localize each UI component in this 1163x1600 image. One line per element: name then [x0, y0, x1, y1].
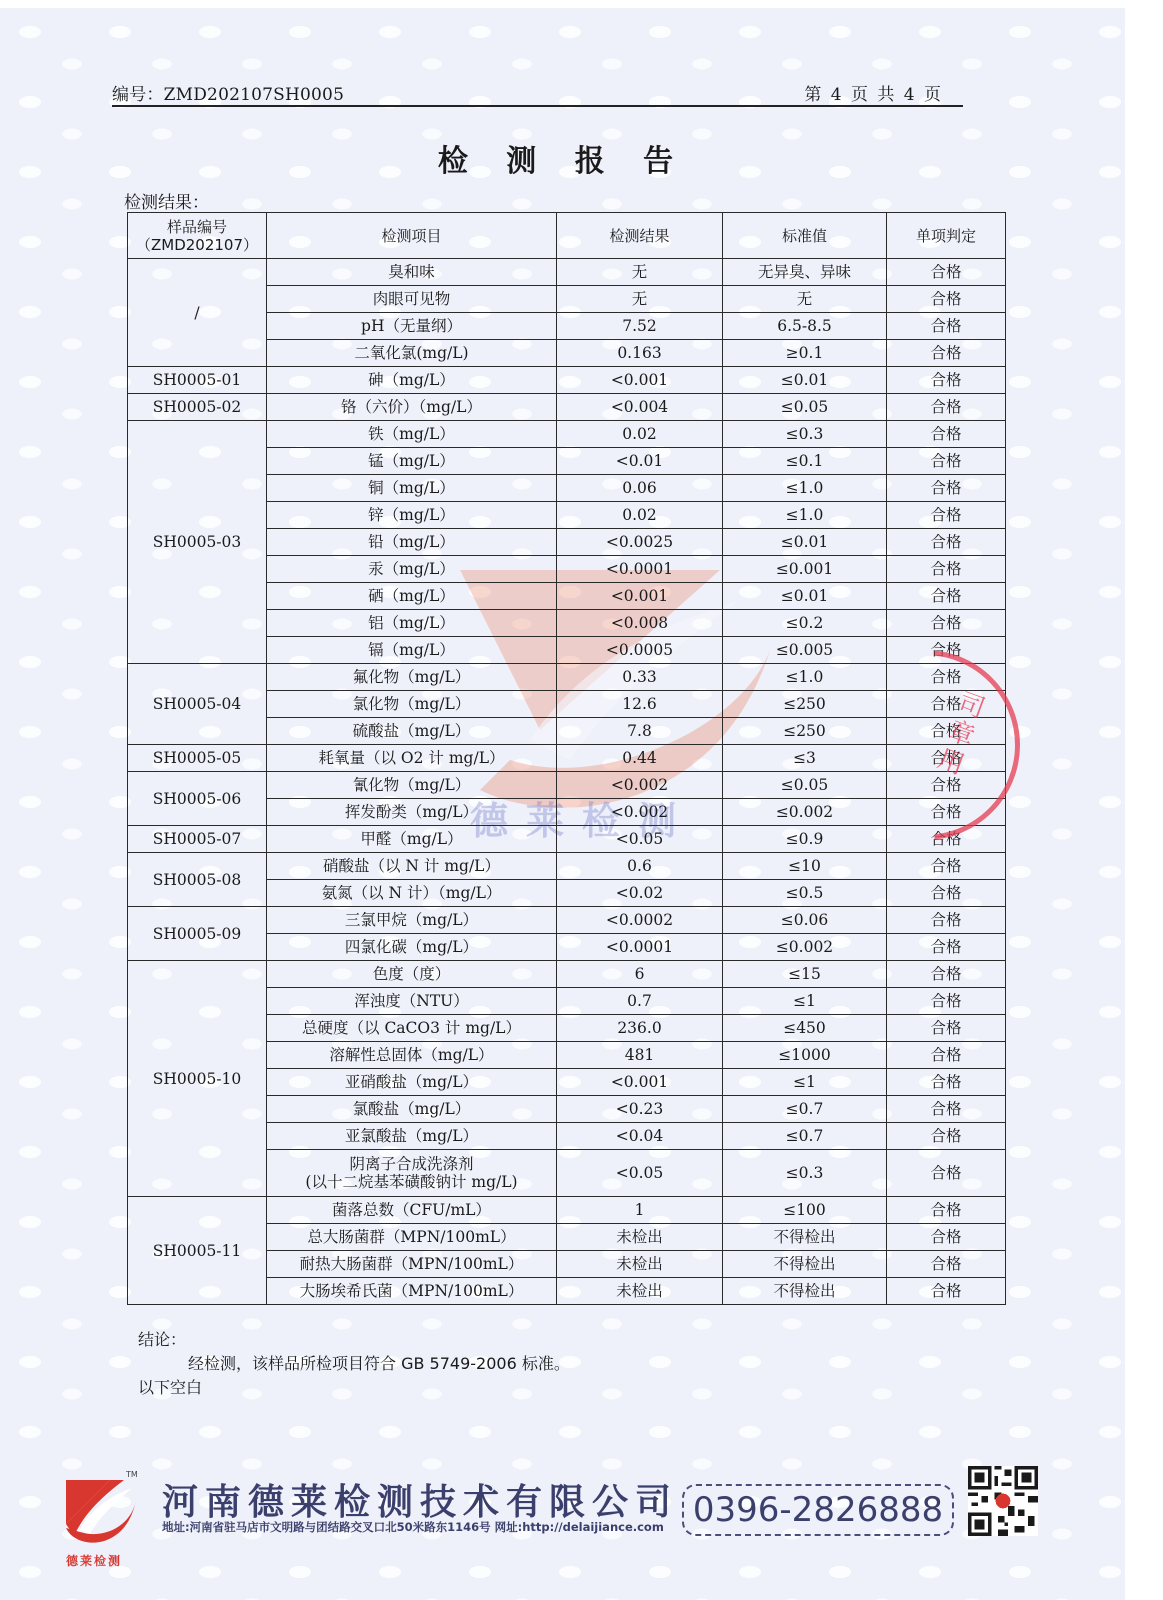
test-item-cell: 硒（mg/L）	[267, 583, 557, 610]
test-item-cell: 溶解性总固体（mg/L）	[267, 1042, 557, 1069]
verdict-cell: 合格	[887, 502, 1006, 529]
standard-cell: ≤0.3	[723, 421, 887, 448]
standard-cell: ≤450	[723, 1015, 887, 1042]
table-row: SH0005-04氟化物（mg/L）0.33≤1.0合格	[128, 664, 1006, 691]
verdict-cell: 合格	[887, 637, 1006, 664]
company-logo-icon	[66, 1480, 138, 1550]
verdict-cell: 合格	[887, 907, 1006, 934]
table-header-row: 样品编号 （ZMD202107） 检测项目 检测结果 标准值 单项判定	[128, 213, 1006, 259]
test-item-cell: 亚氯酸盐（mg/L）	[267, 1123, 557, 1150]
test-item-label: 总大肠菌群（MPN/100mL）	[307, 1228, 515, 1246]
result-cell: <0.04	[557, 1123, 723, 1150]
table-row: SH0005-03铁（mg/L）0.02≤0.3合格	[128, 421, 1006, 448]
header-item: 检测项目	[267, 213, 557, 259]
test-item-label: 氯酸盐（mg/L）	[353, 1100, 471, 1118]
sample-id-cell: /	[128, 259, 267, 367]
report-title: 检 测 报 告	[0, 136, 1125, 180]
test-item-cell: 肉眼可见物	[267, 286, 557, 313]
result-cell: 6	[557, 961, 723, 988]
result-cell: <0.004	[557, 394, 723, 421]
standard-cell: ≤0.05	[723, 772, 887, 799]
test-item-cell: 铝（mg/L）	[267, 610, 557, 637]
result-cell: 481	[557, 1042, 723, 1069]
result-cell: <0.05	[557, 1150, 723, 1197]
test-item-label: 锰（mg/L）	[368, 452, 455, 470]
header-result: 检测结果	[557, 213, 723, 259]
test-item-cell: 三氯甲烷（mg/L）	[267, 907, 557, 934]
verdict-cell: 合格	[887, 1197, 1006, 1224]
result-cell: <0.001	[557, 367, 723, 394]
test-item-label: 氟化物（mg/L）	[353, 668, 471, 686]
test-item-label: 阴离子合成洗涤剂	[349, 1155, 473, 1173]
test-item-label: 二氧化氯(mg/L)	[354, 344, 468, 362]
test-item-label: 耗氧量（以 O2 计 mg/L）	[319, 749, 505, 767]
result-cell: <0.008	[557, 610, 723, 637]
conclusion-text: 经检测，该样品所检项目符合 GB 5749-2006 标准。	[188, 1351, 570, 1374]
test-item-label: 氰化物（mg/L）	[353, 776, 471, 794]
test-item-cell: 铬（六价）（mg/L）	[267, 394, 557, 421]
standard-cell: ≤1000	[723, 1042, 887, 1069]
verdict-cell: 合格	[887, 934, 1006, 961]
standard-cell: ≤1.0	[723, 502, 887, 529]
test-item-cell: 氯化物（mg/L）	[267, 691, 557, 718]
verdict-cell: 合格	[887, 259, 1006, 286]
test-item-cell: 菌落总数（CFU/mL）	[267, 1197, 557, 1224]
verdict-cell: 合格	[887, 1224, 1006, 1251]
test-item-cell: 耗氧量（以 O2 计 mg/L）	[267, 745, 557, 772]
test-item-cell: 氰化物（mg/L）	[267, 772, 557, 799]
result-cell: 0.44	[557, 745, 723, 772]
sample-id-cell: SH0005-08	[128, 853, 267, 907]
standard-cell: ≤1	[723, 1069, 887, 1096]
verdict-cell: 合格	[887, 421, 1006, 448]
table-row: SH0005-02铬（六价）（mg/L）<0.004≤0.05合格	[128, 394, 1006, 421]
test-item-cell: 二氧化氯(mg/L)	[267, 340, 557, 367]
results-body: /臭和味无无异臭、异味合格肉眼可见物无无合格pH（无量纲）7.526.5-8.5…	[128, 259, 1006, 1305]
test-item-cell: 氯酸盐（mg/L）	[267, 1096, 557, 1123]
test-item-cell: 总大肠菌群（MPN/100mL）	[267, 1224, 557, 1251]
header-verdict: 单项判定	[887, 213, 1006, 259]
verdict-cell: 合格	[887, 961, 1006, 988]
result-cell: 236.0	[557, 1015, 723, 1042]
standard-cell: ≤0.01	[723, 529, 887, 556]
test-item-label: 硝酸盐（以 N 计 mg/L）	[323, 857, 500, 875]
conclusion-label: 结论：	[138, 1327, 186, 1350]
header-sample-id-label: 样品编号	[167, 218, 227, 236]
verdict-cell: 合格	[887, 1251, 1006, 1278]
logo-caption: 德莱检测	[66, 1552, 122, 1569]
test-item-label-line2: (以十二烷基苯磺酸钠计 mg/L)	[305, 1173, 517, 1191]
test-item-cell: 汞（mg/L）	[267, 556, 557, 583]
standard-cell: ≤0.2	[723, 610, 887, 637]
verdict-cell: 合格	[887, 1150, 1006, 1197]
test-item-label: 锌（mg/L）	[368, 506, 455, 524]
sample-id-cell: SH0005-04	[128, 664, 267, 745]
test-item-label: 氯化物（mg/L）	[353, 695, 471, 713]
test-item-label: 铁（mg/L）	[368, 425, 455, 443]
sample-id-cell: SH0005-07	[128, 826, 267, 853]
test-item-cell: 镉（mg/L）	[267, 637, 557, 664]
verdict-cell: 合格	[887, 1069, 1006, 1096]
test-item-label: 铅（mg/L）	[368, 533, 455, 551]
sample-id-cell: SH0005-11	[128, 1197, 267, 1305]
result-cell: <0.0001	[557, 934, 723, 961]
blank-below-note: 以下空白	[138, 1375, 202, 1398]
result-cell: 7.52	[557, 313, 723, 340]
verdict-cell: 合格	[887, 448, 1006, 475]
verdict-cell: 合格	[887, 1015, 1006, 1042]
standard-cell: 无	[723, 286, 887, 313]
table-row: SH0005-09三氯甲烷（mg/L）<0.0002≤0.06合格	[128, 907, 1006, 934]
result-cell: 0.6	[557, 853, 723, 880]
verdict-cell: 合格	[887, 610, 1006, 637]
header-standard: 标准值	[723, 213, 887, 259]
phone-number: 0396-2826888	[682, 1484, 954, 1536]
sample-id-cell: SH0005-09	[128, 907, 267, 961]
verdict-cell: 合格	[887, 556, 1006, 583]
test-item-label: 甲醛（mg/L）	[360, 830, 462, 848]
result-cell: <0.002	[557, 799, 723, 826]
test-item-label: 溶解性总固体（mg/L）	[329, 1046, 493, 1064]
verdict-cell: 合格	[887, 340, 1006, 367]
result-cell: <0.0005	[557, 637, 723, 664]
test-item-cell: 砷（mg/L）	[267, 367, 557, 394]
test-item-cell: 铅（mg/L）	[267, 529, 557, 556]
standard-cell: ≤0.05	[723, 394, 887, 421]
result-cell: 0.06	[557, 475, 723, 502]
test-item-label: 肉眼可见物	[373, 290, 451, 308]
verdict-cell: 合格	[887, 664, 1006, 691]
verdict-cell: 合格	[887, 286, 1006, 313]
verdict-cell: 合格	[887, 880, 1006, 907]
verdict-cell: 合格	[887, 799, 1006, 826]
standard-cell: ≤0.1	[723, 448, 887, 475]
test-item-label: 浑浊度（NTU）	[354, 992, 468, 1010]
test-item-label: 总硬度（以 CaCO3 计 mg/L）	[302, 1019, 521, 1037]
test-item-label: 大肠埃希氏菌（MPN/100mL）	[300, 1282, 524, 1300]
standard-cell: ≤0.002	[723, 934, 887, 961]
test-item-label: 菌落总数（CFU/mL）	[332, 1201, 491, 1219]
test-item-cell: 耐热大肠菌群（MPN/100mL）	[267, 1251, 557, 1278]
test-item-cell: 臭和味	[267, 259, 557, 286]
result-cell: <0.002	[557, 772, 723, 799]
test-item-label: pH（无量纲）	[361, 317, 462, 335]
test-item-cell: 浑浊度（NTU）	[267, 988, 557, 1015]
test-item-cell: 色度（度）	[267, 961, 557, 988]
result-cell: <0.0025	[557, 529, 723, 556]
test-item-label: 镉（mg/L）	[368, 641, 455, 659]
standard-cell: ≤0.06	[723, 907, 887, 934]
standard-cell: ≤0.7	[723, 1123, 887, 1150]
standard-cell: 不得检出	[723, 1278, 887, 1305]
standard-cell: ≤100	[723, 1197, 887, 1224]
result-cell: 1	[557, 1197, 723, 1224]
result-cell: 0.02	[557, 421, 723, 448]
result-cell: 无	[557, 259, 723, 286]
standard-cell: ≤3	[723, 745, 887, 772]
table-row: SH0005-10色度（度）6≤15合格	[128, 961, 1006, 988]
test-item-label: 铜（mg/L）	[368, 479, 455, 497]
standard-cell: ≤10	[723, 853, 887, 880]
table-row: SH0005-01砷（mg/L）<0.001≤0.01合格	[128, 367, 1006, 394]
standard-cell: ≤0.001	[723, 556, 887, 583]
sample-id-cell: SH0005-10	[128, 961, 267, 1197]
standard-cell: ≤250	[723, 718, 887, 745]
test-item-cell: 四氯化碳（mg/L）	[267, 934, 557, 961]
result-cell: <0.02	[557, 880, 723, 907]
test-item-cell: 锌（mg/L）	[267, 502, 557, 529]
verdict-cell: 合格	[887, 529, 1006, 556]
verdict-cell: 合格	[887, 1123, 1006, 1150]
test-item-cell: 锰（mg/L）	[267, 448, 557, 475]
test-item-label: 亚氯酸盐（mg/L）	[345, 1127, 478, 1145]
result-cell: 未检出	[557, 1224, 723, 1251]
verdict-cell: 合格	[887, 1096, 1006, 1123]
test-item-cell: 总硬度（以 CaCO3 计 mg/L）	[267, 1015, 557, 1042]
test-item-label: 挥发酚类（mg/L）	[345, 803, 478, 821]
results-table: 样品编号 （ZMD202107） 检测项目 检测结果 标准值 单项判定 /臭和味…	[127, 212, 1006, 1305]
test-item-cell: 硫酸盐（mg/L）	[267, 718, 557, 745]
test-item-cell: 铁（mg/L）	[267, 421, 557, 448]
test-item-cell: 氟化物（mg/L）	[267, 664, 557, 691]
verdict-cell: 合格	[887, 1278, 1006, 1305]
standard-cell: 不得检出	[723, 1251, 887, 1278]
test-item-cell: 氨氮（以 N 计）（mg/L）	[267, 880, 557, 907]
standard-cell: ≤0.01	[723, 583, 887, 610]
result-cell: 无	[557, 286, 723, 313]
standard-cell: 6.5-8.5	[723, 313, 887, 340]
test-item-label: 硒（mg/L）	[368, 587, 455, 605]
result-cell: 7.8	[557, 718, 723, 745]
sample-id-cell: SH0005-01	[128, 367, 267, 394]
verdict-cell: 合格	[887, 583, 1006, 610]
verdict-cell: 合格	[887, 988, 1006, 1015]
test-item-cell: 阴离子合成洗涤剂(以十二烷基苯磺酸钠计 mg/L)	[267, 1150, 557, 1197]
result-cell: <0.0001	[557, 556, 723, 583]
result-cell: 12.6	[557, 691, 723, 718]
test-item-label: 耐热大肠菌群（MPN/100mL）	[300, 1255, 524, 1273]
standard-cell: ≤0.01	[723, 367, 887, 394]
result-cell: 0.33	[557, 664, 723, 691]
test-item-cell: pH（无量纲）	[267, 313, 557, 340]
test-item-cell: 甲醛（mg/L）	[267, 826, 557, 853]
standard-cell: ≥0.1	[723, 340, 887, 367]
test-item-label: 铝（mg/L）	[368, 614, 455, 632]
test-item-cell: 硝酸盐（以 N 计 mg/L）	[267, 853, 557, 880]
sample-id-cell: SH0005-03	[128, 421, 267, 664]
standard-cell: ≤15	[723, 961, 887, 988]
standard-cell: 无异臭、异味	[723, 259, 887, 286]
test-item-label: 三氯甲烷（mg/L）	[345, 911, 478, 929]
standard-cell: ≤0.3	[723, 1150, 887, 1197]
result-cell: <0.0002	[557, 907, 723, 934]
verdict-cell: 合格	[887, 475, 1006, 502]
company-name: 河南德莱检测技术有限公司	[162, 1474, 678, 1525]
standard-cell: ≤1.0	[723, 475, 887, 502]
trademark-mark: TM	[126, 1470, 138, 1479]
standard-cell: ≤1.0	[723, 664, 887, 691]
standard-cell: ≤0.002	[723, 799, 887, 826]
test-item-cell: 亚硝酸盐（mg/L）	[267, 1069, 557, 1096]
test-item-label: 氨氮（以 N 计）（mg/L）	[322, 884, 502, 902]
standard-cell: ≤250	[723, 691, 887, 718]
header-divider	[112, 105, 963, 107]
test-item-cell: 铜（mg/L）	[267, 475, 557, 502]
qr-code-icon	[968, 1466, 1038, 1536]
verdict-cell: 合格	[887, 367, 1006, 394]
results-label: 检测结果：	[124, 188, 209, 213]
verdict-cell: 合格	[887, 826, 1006, 853]
result-cell: 0.163	[557, 340, 723, 367]
result-cell: <0.001	[557, 583, 723, 610]
standard-cell: 不得检出	[723, 1224, 887, 1251]
test-item-label: 四氯化碳（mg/L）	[345, 938, 478, 956]
sample-id-cell: SH0005-06	[128, 772, 267, 826]
standard-cell: ≤1	[723, 988, 887, 1015]
sample-id-cell: SH0005-05	[128, 745, 267, 772]
table-row: SH0005-06氰化物（mg/L）<0.002≤0.05合格	[128, 772, 1006, 799]
verdict-cell: 合格	[887, 313, 1006, 340]
standard-cell: ≤0.005	[723, 637, 887, 664]
test-item-cell: 大肠埃希氏菌（MPN/100mL）	[267, 1278, 557, 1305]
table-row: SH0005-11菌落总数（CFU/mL）1≤100合格	[128, 1197, 1006, 1224]
result-cell: <0.01	[557, 448, 723, 475]
result-cell: <0.001	[557, 1069, 723, 1096]
test-item-label: 硫酸盐（mg/L）	[353, 722, 471, 740]
result-cell: 未检出	[557, 1278, 723, 1305]
company-address: 地址:河南省驻马店市文明路与团结路交叉口北50米路东1146号 网址:http:…	[162, 1519, 664, 1535]
verdict-cell: 合格	[887, 394, 1006, 421]
result-cell: 0.02	[557, 502, 723, 529]
verdict-cell: 合格	[887, 1042, 1006, 1069]
test-item-label: 汞（mg/L）	[368, 560, 455, 578]
test-item-label: 色度（度）	[373, 965, 451, 983]
table-row: SH0005-07甲醛（mg/L）<0.05≤0.9合格	[128, 826, 1006, 853]
test-item-label: 铬（六价）（mg/L）	[341, 398, 482, 416]
table-row: SH0005-08硝酸盐（以 N 计 mg/L）0.6≤10合格	[128, 853, 1006, 880]
standard-cell: ≤0.5	[723, 880, 887, 907]
document-number: 编号：ZMD202107SH0005	[112, 80, 344, 105]
test-item-label: 臭和味	[388, 263, 435, 281]
test-item-label: 砷（mg/L）	[368, 371, 455, 389]
page-indicator: 第 4 页 共 4 页	[804, 80, 941, 105]
result-cell: <0.23	[557, 1096, 723, 1123]
table-row: /臭和味无无异臭、异味合格	[128, 259, 1006, 286]
result-cell: 0.7	[557, 988, 723, 1015]
table-row: SH0005-05耗氧量（以 O2 计 mg/L）0.44≤3合格	[128, 745, 1006, 772]
header-sample-id-sub: （ZMD202107）	[136, 236, 258, 254]
verdict-cell: 合格	[887, 853, 1006, 880]
header-sample-id: 样品编号 （ZMD202107）	[128, 213, 267, 259]
result-cell: 未检出	[557, 1251, 723, 1278]
standard-cell: ≤0.9	[723, 826, 887, 853]
test-item-label: 亚硝酸盐（mg/L）	[345, 1073, 478, 1091]
sample-id-cell: SH0005-02	[128, 394, 267, 421]
result-cell: <0.05	[557, 826, 723, 853]
test-item-cell: 挥发酚类（mg/L）	[267, 799, 557, 826]
standard-cell: ≤0.7	[723, 1096, 887, 1123]
